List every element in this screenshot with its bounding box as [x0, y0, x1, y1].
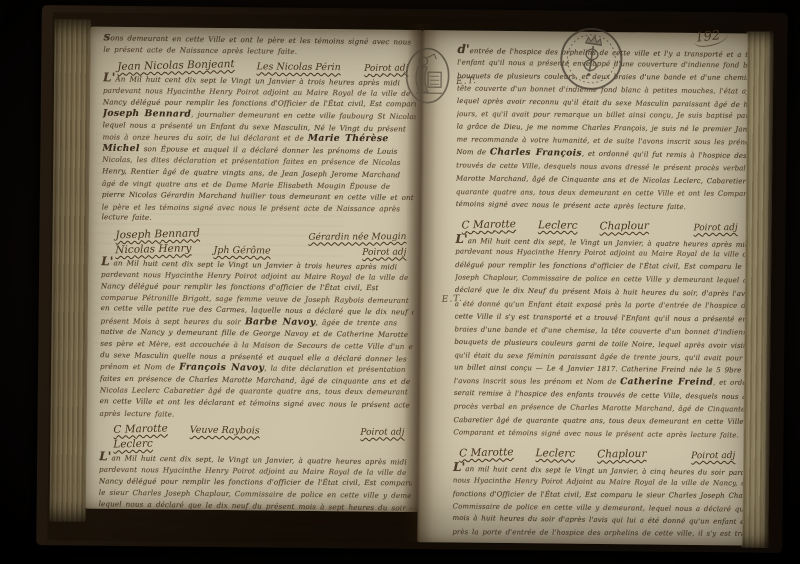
signature-row: Joseph BennardGérardin née Mougin [115, 227, 414, 243]
signature: C Marotte [459, 446, 514, 459]
manuscript-line: présent Mois à sept heures du soir Barbe… [101, 315, 414, 329]
signature: C Marotte [461, 218, 516, 231]
last-record-start: L'an mil huit cent dix sept le Vingt un … [452, 461, 743, 541]
signature: Jph Gérôme [213, 245, 270, 257]
right-page-text: d'entrée de l'hospice des orphelins de c… [417, 30, 747, 545]
signature-row: Nicolas HenryJph GérômePoirot adj [115, 242, 414, 258]
signature: Veuve Raybois [190, 425, 260, 437]
manuscript-line: mois à onze heures du soir, de lui décla… [102, 132, 415, 146]
signature: Jean Nicolas Bonjeant [117, 58, 235, 73]
signature: Poirot adj [362, 247, 406, 257]
signature-row: C MarotteVeuve RayboisPoirot adj [113, 422, 412, 438]
manuscript-line: Cabaretier âgé de quarante quatre ans, t… [453, 414, 743, 429]
exposed-child-record-freind: L'an Mil huit cent dix sept, le Vingt un… [453, 233, 745, 442]
signature-row: C MarotteLeclercChaplourPoirot adj [462, 214, 746, 233]
signature: C Marotte [113, 423, 168, 436]
clerk-initials: E.T. [456, 76, 478, 87]
signature: Poirot adj [693, 223, 737, 233]
register-book: sons demeurant en cette Ville et ont le … [47, 12, 778, 548]
signature: Nicolas Henry [115, 242, 191, 256]
manuscript-line: Nancy délégué pour remplir les fonctions… [101, 281, 414, 295]
signature-row: Leclerc [113, 437, 412, 453]
manuscript-line: près la porte d'entrée de l'hospice des … [452, 526, 742, 541]
left-page: sons demeurant en cette Ville et ont le … [86, 27, 423, 512]
seated-figure-stamp-icon [404, 46, 452, 105]
birth-record-bennard: L'An Mil huit cent dix sept le Vingt un … [102, 73, 417, 227]
left-page-text: sons demeurant en cette Ville et ont le … [86, 27, 423, 512]
signature: Poirot adj [364, 64, 408, 74]
signature: Poirot adj [360, 428, 404, 438]
previous-record-end: sons demeurant en cette Ville et ont le … [103, 32, 416, 58]
right-page: d'entrée de l'hospice des orphelins de c… [417, 30, 747, 545]
manuscript-line: Nancy délégué pour remplir les fonctions… [103, 97, 416, 111]
left-page-edges [49, 19, 90, 521]
signature: Gérardin née Mougin [308, 232, 406, 243]
manuscript-line: délégué pour remplir les fonctions d'off… [455, 259, 745, 274]
crowned-cipher-stamp-icon [553, 20, 630, 97]
manuscript-line: a été donné qu'un Enfant était exposé pr… [455, 298, 745, 313]
signature: Chaplour [599, 220, 648, 233]
birth-record-navoy: L'an Mil huit cent dix sept le Vingt un … [100, 257, 415, 423]
photo-background: sons demeurant en cette Ville et ont le … [0, 0, 800, 564]
manuscript-line: fonctions d'Officier de l'État civil, Es… [453, 488, 743, 503]
manuscript-line: Nancy délégué pour remplir les fonctions… [99, 476, 412, 490]
exposed-child-record-start: L'an Mil huit cent dix sept, le Vingt un… [98, 452, 412, 512]
signature: Leclerc [536, 447, 576, 459]
signature: Poirot adj [691, 451, 735, 461]
manuscript-line: jours, et qu'il avait pour remarque un b… [457, 109, 747, 124]
signature: Joseph Bennard [115, 227, 200, 241]
signature-row: Jean Nicolas BonjeantLes Nicolas PérinPo… [117, 58, 416, 74]
clerk-initials: E.T. [442, 294, 464, 305]
signature-row: C MarotteLeclercChaplourPoirot adj [459, 442, 743, 461]
signature: Les Nicolas Périn [257, 62, 341, 74]
signature: Leclerc [113, 438, 153, 451]
manuscript-line: Comparant et témoins signé avec nous le … [453, 426, 743, 442]
signature: Leclerc [538, 219, 578, 231]
signature: Chaplour [597, 448, 646, 461]
